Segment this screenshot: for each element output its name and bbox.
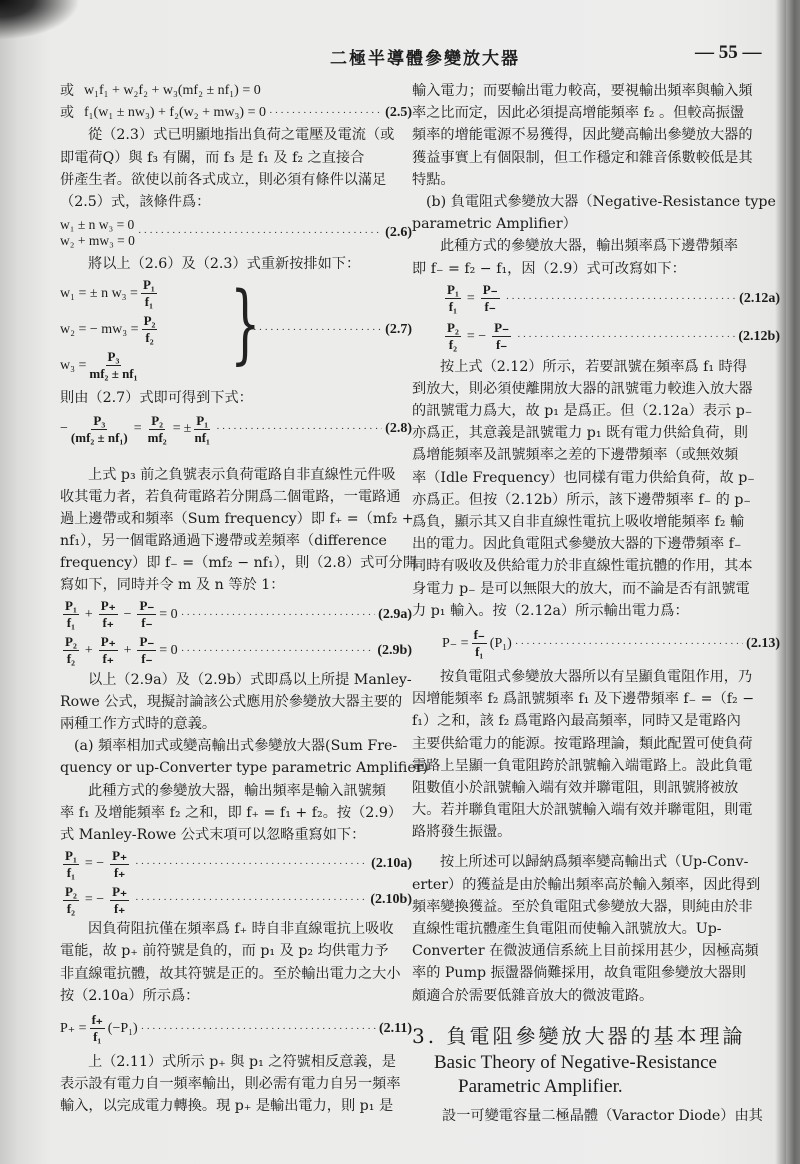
book-spine-shadow — [786, 0, 800, 1164]
numerator: P₃ — [106, 349, 122, 366]
text-line: 表示設有電力自一頻率輸出，則必需有電力自另一頻率 — [60, 1073, 412, 1095]
equation-lhs: w₁ = ± n w₃ = — [60, 283, 138, 305]
text-line: 此種方式的參變放大器，輸出頻率是輸入訊號頻 — [60, 780, 412, 802]
denominator: f₁ — [145, 294, 153, 310]
equation-2-6: w₁ ± n w₃ = 0 w₂ + mw₃ = 0 ·············… — [60, 213, 412, 253]
equation-number: (2.10b) — [370, 889, 412, 911]
fraction: P₂f₂ — [142, 313, 158, 346]
text-line: 爲負，顯示其又自非直線性電抗上吸收增能頻率 f₂ 輸 — [412, 511, 780, 533]
text-line: 大。若并聯負電阻大於訊號輸入端有效并聯電阻，則電 — [412, 799, 780, 821]
denominator: f₊ — [114, 901, 125, 917]
subsection-heading-b: (b) 負電阻式參變放大器（Negative-Resistance type p… — [412, 191, 780, 235]
text-line: 輸入，以完成電力轉換。現 p₊ 是輸出電力，則 p₁ 是 — [60, 1095, 412, 1117]
section-subtitle: Parametric Amplifier. — [412, 1075, 780, 1099]
paragraph: 因負荷阻抗僅在頻率爲 f₊ 時自非直線電抗上吸收 電能，故 p₊ 前符號是負的，… — [60, 918, 412, 1007]
text-line: 上（2.11）式所示 p₊ 與 p₁ 之符號相反意義，是 — [60, 1051, 412, 1073]
denominator: f₋ — [141, 615, 152, 631]
text-line: （2.5）式，該條件爲： — [60, 191, 412, 213]
equation-2-11: P₊ = f₊f₁ (−P₁) ························… — [60, 1007, 412, 1051]
text-line: 力 p₁ 輸入。按（2.12a）所示輸出電力爲： — [412, 600, 780, 622]
text-line: 電路上呈顯一負電阻跨於訊號輸入端電路上。設此負電 — [412, 755, 780, 777]
operator: = — [467, 288, 475, 310]
equation-number: (2.8) — [385, 418, 412, 440]
paragraph: 從（2.3）式已明顯地指出負荷之電壓及電流（或 即電荷Q）與 f₃ 有關，而 f… — [60, 124, 412, 213]
text-line: 按（2.10a）所示爲： — [60, 985, 412, 1007]
fraction: P₊f₊ — [110, 884, 129, 917]
leader-dots: ········································… — [515, 633, 743, 655]
right-column: 輸入電力；而要輸出電力較高，要視輸出頻率與輸入頻 率之比而定，因此必須提高增能頻… — [412, 80, 780, 1127]
operator: + — [85, 640, 93, 662]
numerator: P₂ — [63, 634, 79, 651]
numerator: f₊ — [90, 1012, 105, 1029]
fraction: P₊f₊ — [110, 848, 129, 881]
equation-row: w₁ = ± n w₃ = P₁f₁ — [60, 277, 160, 310]
leader-dots: ········································… — [135, 853, 368, 875]
equation-expression: w₁f₁ + w₂f₂ + w₃(mf₂ ± nf₁) = 0 — [84, 80, 261, 102]
numerator: P₁ — [63, 848, 79, 865]
text-line: 設一可變電容量二極晶體（Varactor Diode）由其 — [412, 1105, 780, 1127]
paragraph: 按負電阻式參變放大器所以有呈顯負電阻作用，乃 因增能頻率 f₂ 爲訊號頻率 f₁… — [412, 666, 780, 844]
text-line: 上式 p₃ 前之負號表示負荷電路自非直線性元件吸 — [60, 464, 412, 486]
leader-dots: ········································… — [141, 1018, 376, 1040]
text-line: Converter 在微波通信系統上目前採用甚少，因極高頻 — [412, 940, 780, 962]
operator: + — [124, 640, 132, 662]
running-title: 二極半導體參變放大器 — [330, 44, 520, 69]
text-line: (b) 負電阻式參變放大器（Negative-Resistance type — [412, 191, 780, 213]
denominator: f₋ — [141, 651, 152, 667]
numerator: P₂ — [63, 884, 79, 901]
leader-dots: ········································… — [135, 889, 367, 911]
denominator: f₂ — [449, 337, 457, 353]
text-line: 按負電阻式參變放大器所以有呈顯負電阻作用，乃 — [412, 666, 780, 688]
denominator: f₂ — [67, 901, 75, 917]
text-line: f₁）之和，該 f₂ 爲電路內最高頻率，同時又是電路內 — [412, 710, 780, 732]
equation-2-7: w₁ = ± n w₃ = P₁f₁ w₂ = − mw₃ = P₂f₂ w₃ … — [60, 275, 412, 387]
fraction: P₂f₂ — [63, 884, 79, 917]
equation-lead: 或 — [60, 80, 74, 102]
equation-rhs: (−P₁) — [108, 1018, 138, 1040]
denominator: (mf₂ ± nf₁) — [71, 430, 128, 446]
equation-rhs: = 0 — [159, 640, 177, 662]
text-line: 頗適合於需要低雜音放大的微波電路。 — [412, 985, 780, 1007]
text-line: (a) 頻率相加式或變高輸出式參變放大器(Sum Fre- — [60, 735, 412, 757]
fraction: P₃(mf₂ ± nf₁) — [71, 413, 128, 446]
operator: = − — [85, 889, 104, 911]
text-line: 率（Idle Frequency）也同樣有電力供給負荷，故 p₋ — [412, 467, 780, 489]
equation-row: w₂ = − mw₃ = P₂f₂ — [60, 313, 160, 346]
numerator: P₃ — [91, 413, 107, 430]
leader-dots: ········································… — [181, 604, 375, 626]
text-line: 路將發生振盪。 — [412, 821, 780, 843]
numerator: P₂ — [149, 413, 165, 430]
text-line: 即電荷Q）與 f₃ 有關，而 f₃ 是 f₁ 及 f₂ 之直接合 — [60, 147, 412, 169]
leader-dots: ········································… — [506, 288, 737, 310]
fraction: P₋f₋ — [492, 320, 511, 353]
scanned-page: 二極半導體參變放大器 — 55 — 或 w₁f₁ + w₂f₂ + w₃(mf₂… — [0, 0, 800, 1164]
leader-dots: ········································… — [269, 102, 382, 124]
denominator: f₂ — [145, 330, 153, 346]
fraction: P₁nf₁ — [194, 413, 210, 446]
denominator: f₊ — [103, 615, 114, 631]
text-line: Rowe 公式，現擬討論該公式應用於參變放大器主要的 — [60, 691, 412, 713]
equation-rhs: = 0 — [159, 604, 177, 626]
text-line: 輸入電力；而要輸出電力較高，要視輸出頻率與輸入頻 — [412, 80, 780, 102]
text-line: 非直線電抗體，故其符號是正的。至於輸出電力之大小 — [60, 963, 412, 985]
paragraph: 輸入電力；而要輸出電力較高，要視輸出頻率與輸入頻 率之比而定，因此必須提高增能頻… — [412, 80, 780, 191]
equation-number: (2.11) — [379, 1018, 412, 1040]
numerator: P₁ — [194, 413, 210, 430]
numerator: P₁ — [445, 282, 461, 299]
fraction: P₋f₋ — [137, 634, 156, 667]
text-line: 率的 Pump 振盪器倘難採用，故負電阻參變放大器則 — [412, 962, 780, 984]
leader-dots: ········································… — [216, 418, 382, 440]
text-line: 頻率變換獲益。至於負電阻式參變放大器，則純由於非 — [412, 896, 780, 918]
equation-expression: f₁(w₁ ± nw₃) + f₂(w₂ + mw₃) = 0 — [84, 102, 266, 124]
text-line: 獲益事實上有個限制，但工作穩定和雜音係數較低是其 — [412, 147, 780, 169]
text-line: 率 f₁ 及增能頻率 f₂ 之和，即 f₊ = f₁ + f₂。按（2.9） — [60, 802, 412, 824]
text-line: 爲增能頻率及訊號頻率之差的下邊帶頻率（或無效頻 — [412, 444, 780, 466]
numerator: P₂ — [142, 313, 158, 330]
equation-2-12a: P₁f₁ = P₋f₋ ····························… — [412, 280, 780, 318]
equation-number: (2.9b) — [377, 640, 412, 662]
text-line: 過上邊帶或和頻率（Sum frequency）即 f₊ =（mf₂ + — [60, 508, 412, 530]
text-line: frequency）即 f₋ =（mf₂ − nf₁），則（2.8）式可分開 — [60, 552, 412, 574]
denominator: f₂ — [67, 651, 75, 667]
equation-number: (2.5) — [385, 102, 412, 124]
equation-2-13: P₋ = f₋f₁ (P₁) ·························… — [412, 622, 780, 666]
equation-lhs: P₊ = — [60, 1018, 87, 1040]
fraction: f₋f₁ — [472, 627, 487, 660]
text-line: 阻數值小於訊號輸入端有效并聯電阻，則訊號將被放 — [412, 777, 780, 799]
text-line: 頻率的增能電源不易獲得，因此變高輸出參變放大器的 — [412, 124, 780, 146]
equation-line: w₁ ± n w₃ = 0 — [60, 217, 135, 233]
leader-dots: ········································… — [517, 326, 735, 348]
subsection-heading-a: (a) 頻率相加式或變高輸出式參變放大器(Sum Fre- quency or … — [60, 735, 412, 779]
operator: = − — [85, 853, 104, 875]
denominator: f₊ — [114, 865, 125, 881]
fraction: P₁f₁ — [141, 277, 157, 310]
numerator: P₊ — [99, 634, 118, 651]
paragraph: 此種方式的參變放大器，輸出頻率是輸入訊號頻 率 f₁ 及增能頻率 f₂ 之和，即… — [60, 780, 412, 847]
equation-number: (2.10a) — [371, 853, 412, 875]
text-line: 電能，故 p₊ 前符號是負的，而 p₁ 及 p₂ 均供電力予 — [60, 940, 412, 962]
paragraph: 此種方式的參變放大器，輸出頻率爲下邊帶頻率 即 f₋ = f₂ − f₁，因（2… — [412, 235, 780, 279]
fraction: P₊f₊ — [99, 634, 118, 667]
numerator: P₊ — [110, 848, 129, 865]
denominator: f₁ — [67, 615, 75, 631]
equation-2-4: 或 w₁f₁ + w₂f₂ + w₃(mf₂ ± nf₁) = 0 — [60, 80, 412, 102]
denominator: f₁ — [449, 299, 457, 315]
fraction: P₁f₁ — [63, 848, 79, 881]
text-line: 按上所述可以歸納爲頻率變高輸出式（Up-Conv- — [412, 851, 780, 873]
fraction: P₁f₁ — [63, 598, 79, 631]
fraction: P₂f₂ — [445, 320, 461, 353]
text-line: 因負荷阻抗僅在頻率爲 f₊ 時自非直線電抗上吸收 — [60, 918, 412, 940]
operator: = − — [467, 326, 486, 348]
fraction: P₂mf₂ — [148, 413, 167, 446]
text-line: 則由（2.7）式即可得到下式： — [60, 387, 412, 409]
leader-dots: ········································… — [253, 319, 382, 341]
equation-2-10b: P₂f₂ = − P₊f₊ ··························… — [60, 882, 412, 918]
equation-2-10a: P₁f₁ = − P₊f₊ ··························… — [60, 846, 412, 882]
paragraph: 按上式（2.12）所示，若要訊號在頻率爲 f₁ 時得 到放大，則必須使離開放大器… — [412, 356, 780, 622]
text-line: 即 f₋ = f₂ − f₁，因（2.9）式可改寫如下： — [412, 258, 780, 280]
numerator: P₋ — [492, 320, 511, 337]
text-line: 以上（2.9a）及（2.9b）式即爲以上所提 Manley- — [60, 669, 412, 691]
equation-lhs: w₂ = − mw₃ = — [60, 319, 139, 341]
running-header: 二極半導體參變放大器 — 55 — — [0, 44, 800, 68]
numerator: P₋ — [481, 282, 500, 299]
paragraph: 按上所述可以歸納爲頻率變高輸出式（Up-Conv- erter）的獲益是由於輸出… — [412, 851, 780, 1006]
fraction: P₁f₁ — [445, 282, 461, 315]
numerator: P₋ — [137, 598, 156, 615]
text-line: 從（2.3）式已明顯地指出負荷之電壓及電流（或 — [60, 124, 412, 146]
paragraph: 以上（2.9a）及（2.9b）式即爲以上所提 Manley- Rowe 公式，現… — [60, 669, 412, 736]
numerator: P₂ — [445, 320, 461, 337]
leader-dots: ········································… — [181, 640, 375, 662]
equation-number: (2.12a) — [739, 288, 780, 310]
text-line: 式 Manley-Rowe 公式末項可以忽略重寫如下： — [60, 824, 412, 846]
page-number: — 55 — — [695, 42, 762, 64]
equation-number: (2.7) — [385, 319, 412, 341]
denominator: f₊ — [103, 651, 114, 667]
equation-rhs: (P₁) — [490, 633, 512, 655]
denominator: f₁ — [67, 865, 75, 881]
text-line: nf₁），另一個電路通過下邊帶或差頻率（difference — [60, 530, 412, 552]
text-line: 兩種工作方式時的意義。 — [60, 713, 412, 735]
text-line: 身電力 p₋ 是可以無限大的放大，而不論是否有訊號電 — [412, 578, 780, 600]
text-line: 到放大，則必須使離開放大器的訊號電力較進入放大器 — [412, 378, 780, 400]
fraction: P₋f₋ — [481, 282, 500, 315]
fraction: P₊f₊ — [99, 598, 118, 631]
sign: − — [60, 418, 68, 440]
text-line: 此種方式的參變放大器，輸出頻率爲下邊帶頻率 — [412, 235, 780, 257]
text-line: 主要供給電力的能源。按電路理論，類此配置可使負荷 — [412, 733, 780, 755]
text-line: 特點。 — [412, 169, 780, 191]
denominator: f₋ — [485, 299, 496, 315]
numerator: P₋ — [137, 634, 156, 651]
text-line: erter）的獲益是由於輸出頻率高於輸入頻率，因此得到 — [412, 874, 780, 896]
section-subtitle: Basic Theory of Negative-Resistance — [412, 1051, 780, 1075]
equation-2-12b: P₂f₂ = − P₋f₋ ··························… — [412, 318, 780, 356]
sign: ± — [184, 418, 192, 440]
text-line: parametric Amplifier） — [412, 213, 780, 235]
leader-dots: ········································… — [138, 222, 382, 244]
operator: − — [124, 604, 132, 626]
equation-number: (2.9a) — [378, 604, 412, 626]
fraction: f₊f₁ — [90, 1012, 105, 1045]
fraction: P₂f₂ — [63, 634, 79, 667]
equation-2-5: 或 f₁(w₁ ± nw₃) + f₂(w₂ + mw₃) = 0 ······… — [60, 102, 412, 124]
numerator: f₋ — [472, 627, 487, 644]
text-line: 率之比而定，因此必須提高增能頻率 f₂ 。但較高振盪 — [412, 102, 780, 124]
denominator: f₁ — [93, 1029, 101, 1045]
text-line: 併產生者。欲使以前各式成立，則必須有條件以滿足 — [60, 169, 412, 191]
equation-row: w₃ = P₃mf₂ ± nf₁ — [60, 349, 141, 382]
equation-line: w₂ + mw₃ = 0 — [60, 233, 135, 249]
text-line: 的訊號電力爲大，故 p₁ 是爲正。但（2.12a）表示 p₋ — [412, 400, 780, 422]
numerator: P₊ — [99, 598, 118, 615]
text-line: 亦爲正。但按（2.12b）所示，該下邊帶頻率 f₋ 的 p₋ — [412, 489, 780, 511]
denominator: mf₂ ± nf₁ — [89, 366, 137, 382]
equation-2-8: − P₃(mf₂ ± nf₁) = P₂mf₂ = ± P₁nf₁ ······… — [60, 410, 412, 450]
equation-number: (2.6) — [385, 222, 412, 244]
left-column: 或 w₁f₁ + w₂f₂ + w₃(mf₂ ± nf₁) = 0 或 f₁(w… — [60, 80, 412, 1117]
text-line: quency or up-Converter type parametric A… — [60, 757, 412, 779]
paragraph: 上式 p₃ 前之負號表示負荷電路自非直線性元件吸 收其電力者，若負荷電路若分開爲… — [60, 464, 412, 597]
equation-lhs: P₋ = — [442, 633, 469, 655]
fraction: P₃mf₂ ± nf₁ — [89, 349, 137, 382]
numerator: P₁ — [63, 598, 79, 615]
denominator: f₁ — [475, 644, 483, 660]
text-line: 直線性電抗體產生負電阻而使輸入訊號放大。Up- — [412, 918, 780, 940]
paragraph: 上（2.11）式所示 p₊ 與 p₁ 之符號相反意義，是 表示設有電力自一頻率輸… — [60, 1051, 412, 1118]
denominator: mf₂ — [148, 430, 167, 446]
text-line: 寫如下，同時并令 m 及 n 等於 1： — [60, 574, 412, 596]
denominator: f₋ — [496, 337, 507, 353]
equation-number: (2.13) — [746, 633, 780, 655]
text-line: 將以上（2.6）及（2.3）式重新按排如下： — [60, 253, 412, 275]
equation-2-9a: P₁f₁ + P₊f₊ − P₋f₋ = 0 ·················… — [60, 597, 412, 633]
equation-lhs: w₃ = — [60, 355, 86, 377]
operator: + — [85, 604, 93, 626]
section-heading-3: 3. 負電阻參變放大器的基本理論 Basic Theory of Negativ… — [412, 1025, 780, 1099]
scan-corner-shadow — [0, 0, 80, 40]
section-title: 3. 負電阻參變放大器的基本理論 — [412, 1025, 780, 1047]
equation-lead: 或 — [60, 102, 74, 124]
equation-2-9b: P₂f₂ + P₊f₊ + P₋f₋ = 0 ·················… — [60, 633, 412, 669]
text-line: 同時有吸收及供給電力於非直線性電抗體的作用，其本 — [412, 555, 780, 577]
text-line: 收其電力者，若負荷電路若分開爲二個電路，一電路通 — [60, 486, 412, 508]
equation-number: (2.12b) — [738, 326, 780, 348]
numerator: P₊ — [110, 884, 129, 901]
text-line: 按上式（2.12）所示，若要訊號在頻率爲 f₁ 時得 — [412, 356, 780, 378]
equation-number-row: ········································… — [250, 319, 412, 341]
denominator: nf₁ — [194, 430, 209, 446]
numerator: P₁ — [141, 277, 157, 294]
text-line: 亦爲正，其意義是訊號電力 p₁ 既有電力供給負荷，則 — [412, 422, 780, 444]
fraction: P₋f₋ — [137, 598, 156, 631]
text-line: 出的電力。因此負電阻式參變放大器的下邊帶頻率 f₋ — [412, 533, 780, 555]
text-line: 因增能頻率 f₂ 爲訊號頻率 f₁ 及下邊帶頻率 f₋ =（f₂ − — [412, 688, 780, 710]
